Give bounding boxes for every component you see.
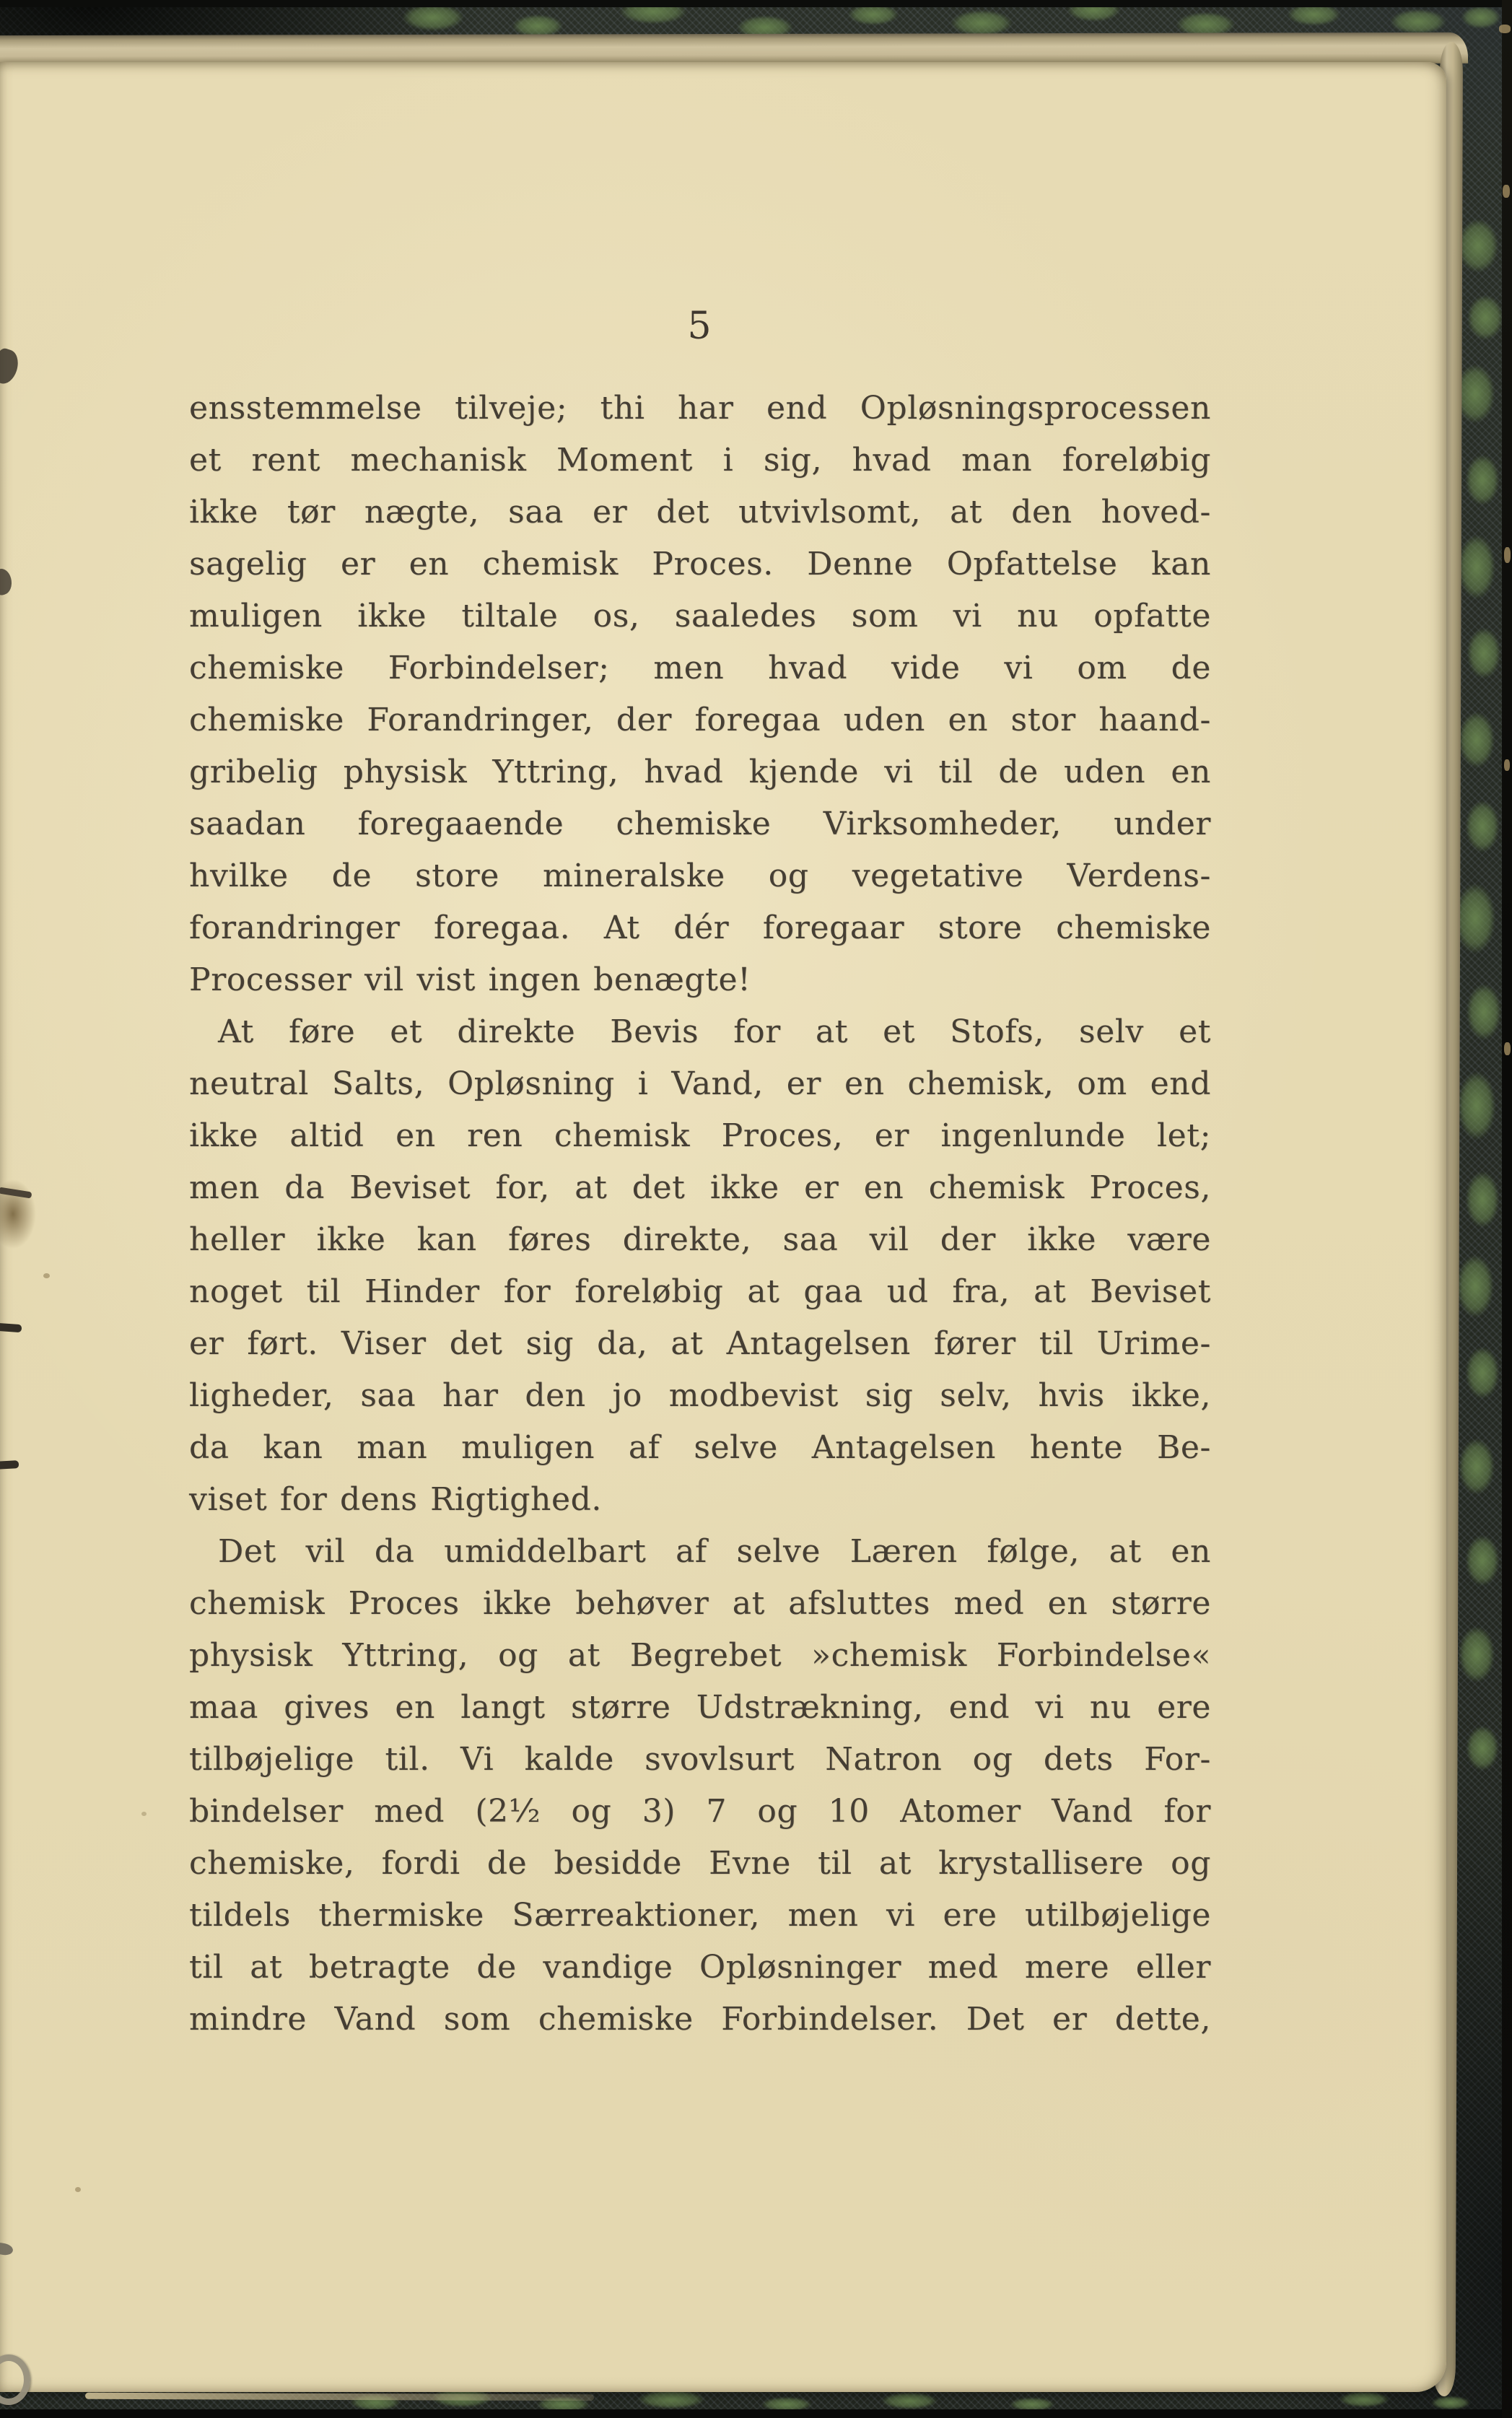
gutter-ink-mark [0,346,22,387]
text-line: da kan man muligen af selve Antagelsen h… [189,1422,1211,1474]
text-line: chemiske Forandringer, der foregaa uden … [189,694,1211,746]
scanned-book-photo: 5 ensstemmelse tilveje; thi har end Oplø… [0,0,1512,2418]
book-page: 5 ensstemmelse tilveje; thi har end Oplø… [0,62,1446,2392]
text-line: gribelig physisk Yttring, hvad kjende vi… [189,746,1211,798]
gutter-ink-mark [0,1323,22,1332]
text-line: viset for dens Rigtighed. [189,1474,1211,1526]
text-line: ligheder, saa har den jo modbevist sig s… [189,1370,1211,1422]
photo-bottom-border [0,2409,1512,2418]
cover-marbling-blob [1461,1164,1504,1236]
text-line: sagelig er en chemisk Proces. Denne Opfa… [189,538,1211,590]
text-line: ensstemmelse tilveje; thi har end Opløsn… [189,383,1211,435]
cover-marbling-blob [1332,2389,1397,2409]
cover-marbling-blob [1461,1340,1504,1406]
text-line: At føre et direkte Bevis for at et Stofs… [189,1006,1211,1058]
gutter-ink-mark [0,1460,19,1470]
text-line: mindre Vand som chemiske Forbindelser. D… [189,1994,1211,2046]
text-line: muligen ikke tiltale os, saaledes som vi… [189,590,1211,642]
text-line: tildels thermiske Særreaktioner, men vi … [189,1890,1211,1942]
cover-marbling-blob [873,2390,945,2412]
text-line: chemiske, fordi de besidde Evne til at k… [189,1838,1211,1890]
photo-right-border [1502,0,1512,2418]
text-line: maa gives en langt større Udstrækning, e… [189,1682,1211,1734]
gutter-ink-mark [0,567,14,596]
text-line: chemiske Forbindelser; men hvad vide vi … [189,642,1211,694]
cover-wear-speck [1504,759,1510,771]
text-line: forandringer foregaa. At dér foregaar st… [189,902,1211,954]
text-line: hvilke de store mineralske og vegetative… [189,850,1211,902]
paper-speck [75,2187,81,2192]
cover-wear-speck [1504,1042,1511,1055]
cover-marbling-blob [1462,621,1506,686]
cover-marbling-blob [1454,1618,1500,1690]
paper-speck [141,1812,147,1816]
text-line: neutral Salts, Opløsning i Vand, er en c… [189,1058,1211,1110]
cover-wear-speck [1503,185,1510,198]
cover-marbling-blob [1461,1719,1503,1777]
cover-wear-speck [1504,547,1511,563]
cover-marbling-blob [1461,448,1504,512]
cover-marbling-blob [1461,1528,1504,1593]
body-text: ensstemmelse tilveje; thi har end Opløsn… [189,383,1211,2046]
text-line: bindelser med (2¹⁄₂ og 3) 7 og 10 Atomer… [189,1786,1211,1838]
text-line: ikke tør nægte, saa er det utvivlsomt, a… [189,486,1211,538]
photo-top-border [0,0,1512,7]
text-line: saadan foregaaende chemiske Virksomheder… [189,798,1211,850]
text-line: Det vil da umiddelbart af selve Læren fø… [189,1526,1211,1578]
text-line: noget til Hinder for foreløbig at gaa ud… [189,1266,1211,1318]
text-line: til at betragte de vandige Opløsninger m… [189,1942,1211,1994]
cover-marbling-blob [1461,976,1506,1048]
page-number: 5 [189,305,1211,348]
text-line: chemisk Proces ikke behøver at afsluttes… [189,1578,1211,1630]
cover-marbling-blob [1461,793,1504,860]
paper-speck [43,1273,50,1278]
text-line: physisk Yttring, og at Begrebet »chemisk… [189,1630,1211,1682]
text-line: heller ikke kan føres direkte, saa vil d… [189,1214,1211,1266]
cover-marbling-blob [1454,1431,1500,1503]
cover-wear-speck [1499,25,1511,33]
text-line: tilbøjelige til. Vi kalde svovlsurt Natr… [189,1734,1211,1786]
text-line: Processer vil vist ingen benægte! [189,954,1211,1006]
gutter-ink-mark [0,2242,14,2256]
text-line: ikke altid en ren chemisk Proces, er ing… [189,1110,1211,1162]
text-line: er ført. Viser det sig da, at Antagelsen… [189,1318,1211,1370]
text-line: et rent mechanisk Moment i sig, hvad man… [189,435,1211,486]
text-line: men da Beviset for, at det ikke er en ch… [189,1162,1211,1214]
